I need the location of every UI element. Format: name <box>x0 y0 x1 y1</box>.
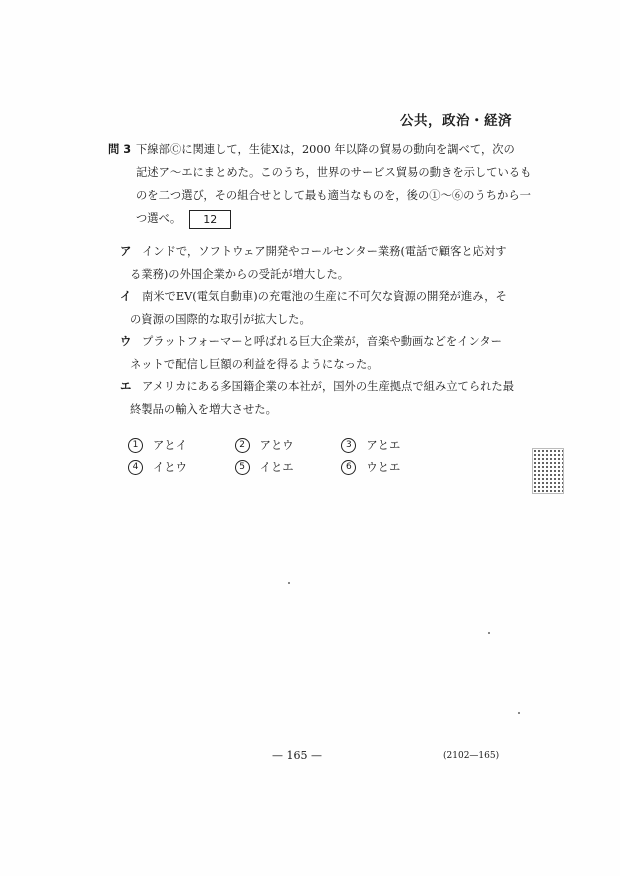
choice-4: 4 イとウ <box>128 459 235 475</box>
question-number: 問 3 <box>108 138 131 161</box>
circled-number-icon: 5 <box>235 460 250 475</box>
question-line: 記述ア～エにまとめた。このうち，世界のサービス貿易の動きを示しているも <box>136 161 508 184</box>
choice-1: 1 アとイ <box>128 437 235 453</box>
statement-label: ウ <box>120 331 131 354</box>
document-code: (2102—165) <box>443 751 499 761</box>
statement-line: の資源の国際的な取引が拡大した。 <box>120 309 505 332</box>
choice-2: 2 アとウ <box>235 437 342 453</box>
scan-speck <box>518 712 520 714</box>
choice-3: 3 アとエ <box>341 437 448 453</box>
circled-number-icon: 4 <box>128 460 143 475</box>
subject-header: 公共，政治・経済 <box>400 109 512 129</box>
circled-number-icon: 3 <box>341 438 356 453</box>
choice-text: イとエ <box>260 459 294 475</box>
statements-list: ア インドで，ソフトウェア開発やコールセンター業務(電話で顧客と応対す る業務)… <box>120 241 505 421</box>
answer-box: 12 <box>189 210 231 229</box>
scan-code-icon <box>532 448 564 494</box>
scan-speck <box>288 582 290 584</box>
circled-number-icon: 6 <box>341 460 356 475</box>
statement-e: エ アメリカにある多国籍企業の本社が，国外の生産拠点で組み立てられた最 終製品の… <box>120 376 505 421</box>
statement-line: インドで，ソフトウェア開発やコールセンター業務(電話で顧客と応対す <box>120 241 505 264</box>
statement-i: イ 南米でEV(電気自動車)の充電池の生産に不可欠な資源の開発が進み，そ の資源… <box>120 286 505 331</box>
circled-number-icon: 1 <box>128 438 143 453</box>
statement-line: ネットで配信し巨額の利益を得るようになった。 <box>120 354 505 377</box>
question-3: 問 3 下線部Ⓒに関連して，生徒Xは，2000 年以降の貿易の動向を調べて，次の… <box>108 138 508 230</box>
question-line-text: つ選べ。 <box>136 212 181 225</box>
exam-page: 公共，政治・経済 問 3 下線部Ⓒに関連して，生徒Xは，2000 年以降の貿易の… <box>0 0 620 876</box>
statement-u: ウ プラットフォーマーと呼ばれる巨大企業が，音楽や動画などをインター ネットで配… <box>120 331 505 376</box>
choice-text: イとウ <box>153 459 187 475</box>
choice-6: 6 ウとエ <box>341 459 448 475</box>
statement-line: アメリカにある多国籍企業の本社が，国外の生産拠点で組み立てられた最 <box>120 376 505 399</box>
statement-label: エ <box>120 376 131 399</box>
question-line-last: つ選べ。12 <box>136 207 508 230</box>
statement-line: 南米でEV(電気自動車)の充電池の生産に不可欠な資源の開発が進み，そ <box>120 286 505 309</box>
statement-line: る業務)の外国企業からの受託が増大した。 <box>120 264 505 287</box>
choice-5: 5 イとエ <box>235 459 342 475</box>
statement-label: イ <box>120 286 131 309</box>
page-number: — 165 — <box>272 749 322 762</box>
question-body: 下線部Ⓒに関連して，生徒Xは，2000 年以降の貿易の動向を調べて，次の 記述ア… <box>136 138 508 230</box>
choice-row: 4 イとウ 5 イとエ 6 ウとエ <box>128 456 448 478</box>
answer-choices: 1 アとイ 2 アとウ 3 アとエ 4 イとウ 5 イとエ 6 <box>128 434 448 478</box>
question-line: 下線部Ⓒに関連して，生徒Xは，2000 年以降の貿易の動向を調べて，次の <box>136 138 508 161</box>
choice-text: ウとエ <box>366 459 400 475</box>
choice-text: アとエ <box>366 437 400 453</box>
statement-line: 終製品の輸入を増大させた。 <box>120 399 505 422</box>
scan-speck <box>488 632 490 634</box>
question-line: のを二つ選び，その組合せとして最も適当なものを，後の①～⑥のうちから一 <box>136 184 508 207</box>
statement-label: ア <box>120 241 131 264</box>
choice-row: 1 アとイ 2 アとウ 3 アとエ <box>128 434 448 456</box>
statement-a: ア インドで，ソフトウェア開発やコールセンター業務(電話で顧客と応対す る業務)… <box>120 241 505 286</box>
choice-text: アとイ <box>153 437 187 453</box>
statement-line: プラットフォーマーと呼ばれる巨大企業が，音楽や動画などをインター <box>120 331 505 354</box>
circled-number-icon: 2 <box>235 438 250 453</box>
choice-text: アとウ <box>260 437 294 453</box>
